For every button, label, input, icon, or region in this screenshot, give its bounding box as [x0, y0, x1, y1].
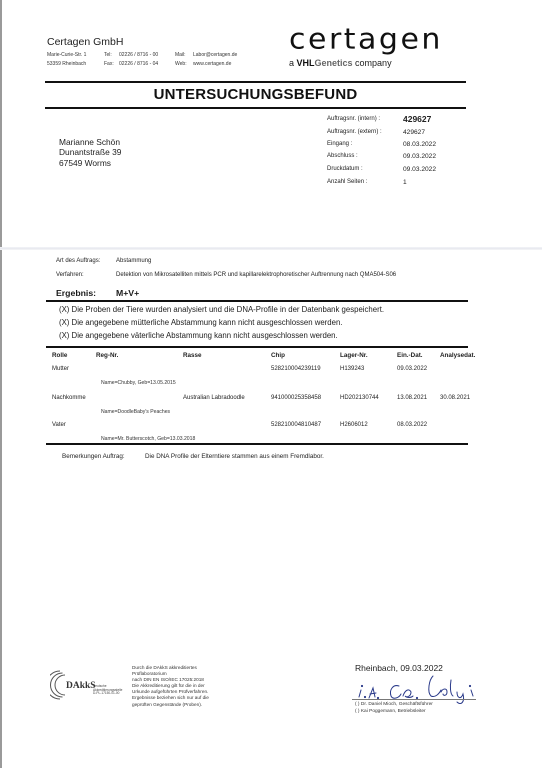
signature-line — [352, 699, 476, 700]
table-header: Ein.-Dat. — [397, 352, 423, 359]
cell-rolle: Nachkomme — [52, 395, 86, 401]
order-info-label: Anzahl Seiten : — [327, 179, 367, 185]
table-header: Lager-Nr. — [340, 352, 368, 359]
table-header: Chip — [271, 352, 285, 359]
order-info-value: 429627 — [403, 129, 425, 136]
accreditation-line: geprüften Gegenstände (Proben). — [132, 702, 242, 708]
procedure-value: Detektion von Mikrosatelliten mittels PC… — [116, 272, 396, 278]
cell-chip: 528210004810487 — [271, 422, 321, 428]
dakks-logo-text: DAkkS — [66, 681, 96, 691]
tel-value: 02226 / 8716 - 00 — [119, 51, 158, 60]
table-rule — [46, 443, 468, 445]
tagline-prefix: a — [289, 58, 297, 68]
company-address: Marie-Curie-Str. 1 53359 Rheinbach — [47, 51, 86, 70]
contact-values-1: 02226 / 8716 - 00 02226 / 8716 - 04 — [119, 51, 158, 70]
order-info-label: Auftragsnr. (extern) : — [327, 129, 382, 135]
recipient-name: Marianne Schön — [59, 137, 121, 147]
order-type-label: Art des Auftrags: — [56, 258, 100, 264]
remarks-value: Die DNA Profile der Elterntiere stammen … — [145, 453, 324, 460]
result-statement: (X) Die angegebene väterliche Abstammung… — [59, 331, 338, 340]
cell-ein-dat: 08.03.2022 — [397, 422, 427, 428]
table-header: Rasse — [183, 352, 202, 359]
tagline-vhl: VHL — [297, 58, 315, 68]
dakks-sub-line: D-PL-17150-01-00 — [93, 692, 122, 696]
remarks-label: Bemerkungen Auftrag: — [62, 453, 125, 460]
company-street: Marie-Curie-Str. 1 — [47, 51, 86, 60]
paper-fold — [0, 247, 542, 250]
contact-labels-1: Tel: Fax: — [104, 51, 114, 70]
fax-value: 02226 / 8716 - 04 — [119, 60, 158, 69]
cell-chip: 528210004239119 — [271, 366, 321, 372]
cell-animal-name: Name=Mr. Butterscotch, Geb=13.03.2018 — [101, 436, 195, 442]
document-title: UNTERSUCHUNGSBEFUND — [45, 86, 466, 103]
cell-analysedat: 30.08.2021 — [440, 395, 470, 401]
procedure-label: Verfahren: — [56, 272, 84, 278]
cell-ein-dat: 13.08.2021 — [397, 395, 427, 401]
title-rule-top — [45, 81, 466, 83]
title-rule-bottom — [45, 107, 466, 109]
cell-chip: 941000025358458 — [271, 395, 321, 401]
result-statement: (X) Die angegebene mütterliche Abstammun… — [59, 318, 342, 327]
order-info-value: 1 — [403, 179, 407, 186]
tagline-suffix: company — [353, 58, 392, 68]
order-info-value: 09.03.2022 — [403, 153, 436, 160]
cell-lager-nr: H139243 — [340, 366, 364, 372]
recipient-street: Dunantstraße 39 — [59, 147, 121, 157]
cell-rasse: Australian Labradoodle — [183, 395, 245, 401]
order-info-value: 08.03.2022 — [403, 141, 436, 148]
order-info-label: Druckdatum : — [327, 166, 363, 172]
result-statement: (X) Die Proben der Tiere wurden analysie… — [59, 305, 384, 314]
dakks-logo-icon: DAkkS — [50, 667, 98, 703]
dakks-subtitle: Deutsche Akkreditierungsstelle D-PL-1715… — [93, 685, 122, 696]
logo-tagline: a VHLGenetics company — [289, 58, 392, 68]
accreditation-text: Durch die DAkkS akkreditiertesPrüflabora… — [132, 665, 242, 708]
result-rule — [46, 300, 468, 302]
order-info-label: Auftragsnr. (intern) : — [327, 116, 380, 122]
table-header: Analysedat. — [440, 352, 475, 359]
order-info-label: Abschluss : — [327, 153, 358, 159]
tel-label: Tel: — [104, 51, 114, 60]
order-info-label: Eingang : — [327, 141, 352, 147]
company-city: 53359 Rheinbach — [47, 60, 86, 69]
order-info-value: 429627 — [403, 114, 431, 124]
order-type-value: Abstammung — [116, 258, 151, 264]
cell-ein-dat: 09.03.2022 — [397, 366, 427, 372]
order-info-value: 09.03.2022 — [403, 166, 436, 173]
contact-values-2: Labor@certagen.de www.certagen.de — [193, 51, 237, 70]
contact-labels-2: Mail: Web: — [175, 51, 187, 70]
recipient-city: 67549 Worms — [59, 158, 121, 168]
table-header: Rolle — [52, 352, 67, 359]
recipient-address: Marianne Schön Dunantstraße 39 67549 Wor… — [59, 137, 121, 168]
cell-animal-name: Name=DoodleBaby's Peaches — [101, 409, 170, 415]
company-name: Certagen GmbH — [47, 36, 123, 48]
page-edge — [0, 0, 2, 768]
cell-rolle: Mutter — [52, 366, 69, 372]
cell-animal-name: Name=Chubby, Geb=13.05.2015 — [101, 380, 176, 386]
mail-value: Labor@certagen.de — [193, 51, 237, 60]
cell-lager-nr: HD202130744 — [340, 395, 379, 401]
cell-rolle: Vater — [52, 422, 66, 428]
signer-1: ( ) Dr. Daniel Mioch, Geschäftsführer — [355, 702, 433, 707]
result-value: M+V+ — [116, 288, 139, 298]
signer-2: ( ) Kai Poggemann, Betriebsleiter — [355, 709, 426, 714]
statements-rule — [46, 346, 468, 348]
web-label: Web: — [175, 60, 187, 69]
result-label: Ergebnis: — [56, 288, 96, 298]
mail-label: Mail: — [175, 51, 187, 60]
certagen-logo: certagen — [289, 26, 443, 55]
web-value: www.certagen.de — [193, 60, 237, 69]
cell-lager-nr: H2606012 — [340, 422, 368, 428]
table-header: Reg-Nr. — [96, 352, 118, 359]
tagline-genetics: Genetics — [315, 58, 353, 68]
fax-label: Fax: — [104, 60, 114, 69]
